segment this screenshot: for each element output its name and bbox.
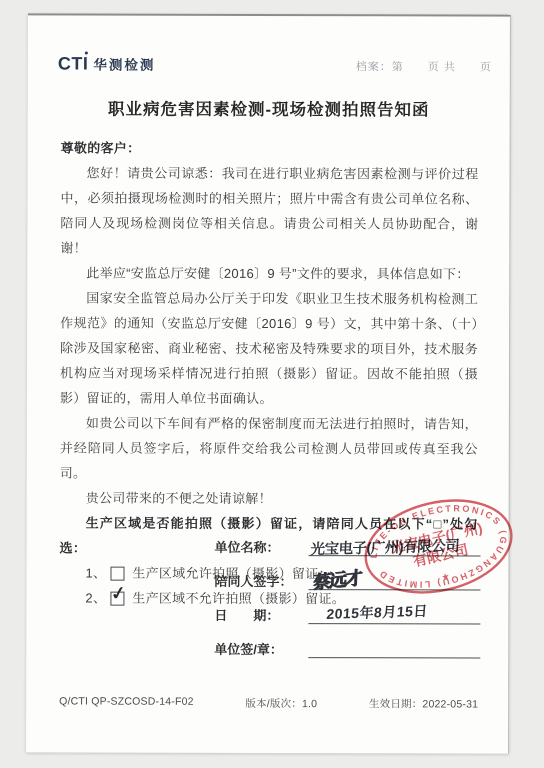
document-header: CTI 华测检测 档案：第 页 共 页 (58, 53, 492, 75)
option-1-number: 1、 (85, 561, 106, 586)
checkbox-unchecked (110, 566, 124, 580)
archive-page-line: 档案：第 页 共 页 (356, 58, 492, 74)
checkbox-checked: ✓ (110, 591, 124, 605)
scanned-document-page: CTI 华测检测 档案：第 页 共 页 职业病危害因素检测-现场检测拍照告知函 … (26, 13, 511, 753)
handwritten-checkmark: ✓ (109, 580, 128, 607)
footer-effective-date: 生效日期：2022-05-31 (369, 696, 478, 711)
cti-logo: CTI 华测检测 (58, 53, 156, 74)
document-title: 职业病危害因素检测-现场检测拍照告知函 (28, 95, 510, 120)
field-company-seal: 单位签/章： (214, 624, 480, 659)
salutation: 尊敬的客户： (61, 135, 479, 161)
escort-signature-label: 陪同人签字： (214, 571, 308, 590)
date-label: 日 期： (214, 605, 308, 624)
paragraph-4: 如贵公司以下车间有严格的保密制度而无法进行拍照时，请告知，并经陪同人员签字后，将… (60, 410, 478, 486)
footer-doc-code: Q/CTI QP-SZCOSD-14-F02 (59, 695, 194, 710)
brand-name: 华测检测 (93, 54, 155, 74)
option-2-number: 2、 (85, 586, 106, 611)
handwritten-signature: 蔡远才 (312, 564, 361, 595)
company-name-label: 单位名称： (215, 537, 309, 556)
cti-logo-text: CTI (58, 53, 89, 74)
paragraph-2: 此举应“安监总厅安健〔2016〕9 号”文件的要求，具体信息如下： (60, 260, 478, 286)
company-seal-label: 单位签/章： (214, 639, 308, 658)
document-footer: Q/CTI QP-SZCOSD-14-F02 版本/版次：1.0 生效日期：20… (59, 695, 478, 711)
footer-version: 版本/版次：1.0 (245, 696, 317, 711)
paragraph-3: 国家安全监管总局办公厅关于印发《职业卫生技术服务机构检测工作规范》的通知（安监总… (60, 285, 478, 411)
company-seal-line (308, 633, 480, 658)
field-date: 日 期： 2015年8月15日 (214, 590, 480, 625)
paragraph-1: 您好！请贵公司谅悉：我司在进行职业病危害因素检测与评价过程中，必须拍摄现场检测时… (60, 160, 478, 261)
stamp-star-icon: ★ (440, 571, 450, 583)
